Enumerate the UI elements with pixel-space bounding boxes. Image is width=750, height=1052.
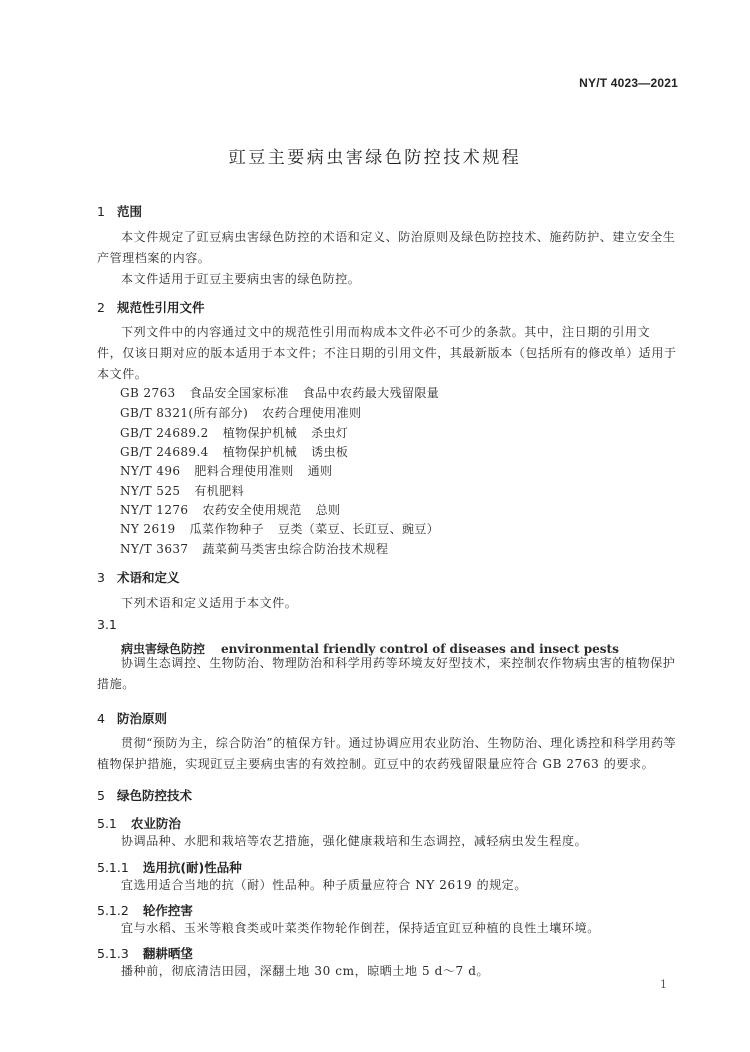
section-number: 5 xyxy=(97,788,117,803)
section-title: 选用抗(耐)性品种 xyxy=(143,860,242,875)
reference-item: GB/T 24689.2植物保护机械杀虫灯 xyxy=(120,424,348,441)
paragraph-line: 协调生态调控、生物防治、物理防治和科学用药等环境友好型技术，来控制农作物病虫害的… xyxy=(121,656,675,670)
document-title: 豇豆主要病虫害绿色防控技术规程 xyxy=(0,143,750,168)
section-title: 防治原则 xyxy=(117,711,167,726)
reference-part: 总则 xyxy=(316,503,341,517)
reference-part: 豆类（菜豆、长豇豆、豌豆） xyxy=(278,522,439,536)
reference-name: 植物保护机械 xyxy=(223,426,297,440)
section-number: 5.1 xyxy=(97,816,117,831)
section-number: 5.1.2 xyxy=(97,903,129,918)
reference-item: GB/T 8321(所有部分)农药合理使用准则 xyxy=(120,404,375,421)
reference-name: 植物保护机械 xyxy=(223,445,297,459)
section-5-1-2-heading: 5.1.2轮作控害 xyxy=(97,901,193,919)
reference-code: NY/T 496 xyxy=(120,464,180,478)
reference-part: 诱虫板 xyxy=(311,445,348,459)
reference-code: GB/T 24689.2 xyxy=(120,426,209,440)
section-5-1-3-paragraph: 播种前，彻底清洁田园，深翻土地 30 cm，晾晒土地 5 d～7 d。 xyxy=(97,961,679,982)
section-title: 绿色防控技术 xyxy=(117,788,192,803)
section-title: 范围 xyxy=(117,204,142,219)
paragraph-line: 贯彻“预防为主，综合防治”的植保方针。通过协调应用农业防治、生物防治、理化诱控和… xyxy=(121,736,676,750)
reference-name: 蔬菜蓟马类害虫综合防治技术规程 xyxy=(202,542,388,556)
reference-name: 食品安全国家标准 xyxy=(190,386,289,400)
section-5-1-1-heading: 5.1.1选用抗(耐)性品种 xyxy=(97,858,242,876)
section-title: 翻耕晒垡 xyxy=(143,946,193,961)
section-number: 5.1.3 xyxy=(97,946,129,961)
reference-item: GB 2763食品安全国家标准食品中农药最大残留限量 xyxy=(120,384,439,401)
section-number: 3 xyxy=(97,570,117,585)
reference-name: 有机肥料 xyxy=(194,484,244,498)
reference-item: NY/T 496肥料合理使用准则通则 xyxy=(120,462,332,479)
standard-code: NY/T 4023—2021 xyxy=(579,76,678,90)
reference-item: NY/T 1276农药安全使用规范总则 xyxy=(120,501,340,518)
section-title: 规范性引用文件 xyxy=(117,300,205,315)
section-3-1-number: 3.1 xyxy=(97,617,131,632)
section-number: 2 xyxy=(97,300,117,315)
reference-part: 通则 xyxy=(308,464,333,478)
section-number: 4 xyxy=(97,711,117,726)
paragraph-line: 协调品种、水肥和栽培等农艺措施，强化健康栽培和生态调控，减轻病虫发生程度。 xyxy=(121,834,587,848)
section-title: 农业防治 xyxy=(131,816,181,831)
section-1-paragraph-2: 本文件适用于豇豆主要病虫害的绿色防控。 xyxy=(97,269,679,290)
reference-item: NY/T 3637蔬菜蓟马类害虫综合防治技术规程 xyxy=(120,540,402,557)
section-5-1-paragraph: 协调品种、水肥和栽培等农艺措施，强化健康栽培和生态调控，减轻病虫发生程度。 xyxy=(97,831,679,852)
section-5-1-3-heading: 5.1.3翻耕晒垡 xyxy=(97,944,193,962)
paragraph-line: 宜与水稻、玉米等粮食类或叶菜类作物轮作倒茬，保持适宜豇豆种植的良性土壤环境。 xyxy=(121,921,600,935)
section-title: 术语和定义 xyxy=(117,570,180,585)
page-number: 1 xyxy=(660,978,667,991)
reference-part: 杀虫灯 xyxy=(311,426,348,440)
reference-code: NY/T 1276 xyxy=(120,503,188,517)
section-number: 5.1.1 xyxy=(97,860,129,875)
reference-name: 瓜菜作物种子 xyxy=(190,522,264,536)
section-1-heading: 1范围 xyxy=(97,202,142,220)
section-2-heading: 2规范性引用文件 xyxy=(97,298,205,316)
paragraph-line: 本文件。 xyxy=(97,364,679,385)
reference-code: NY/T 3637 xyxy=(120,542,188,556)
reference-code: GB 2763 xyxy=(120,386,176,400)
paragraph-line: 下列文件中的内容通过文中的规范性引用而构成本文件必不可少的条款。其中，注日期的引… xyxy=(121,325,650,339)
section-2-paragraph-1: 下列文件中的内容通过文中的规范性引用而构成本文件必不可少的条款。其中，注日期的引… xyxy=(97,322,679,385)
term-definition: 协调生态调控、生物防治、物理防治和科学用药等环境友好型技术，来控制农作物病虫害的… xyxy=(97,653,679,695)
paragraph-line: 本文件适用于豇豆主要病虫害的绿色防控。 xyxy=(121,272,360,286)
reference-name: 肥料合理使用准则 xyxy=(194,464,293,478)
paragraph-line: 下列术语和定义适用于本文件。 xyxy=(121,596,297,610)
section-5-1-heading: 5.1农业防治 xyxy=(97,814,181,832)
section-3-heading: 3术语和定义 xyxy=(97,568,180,586)
section-4-paragraph-1: 贯彻“预防为主，综合防治”的植保方针。通过协调应用农业防治、生物防治、理化诱控和… xyxy=(97,733,679,775)
reference-part: 食品中农药最大残留限量 xyxy=(303,386,439,400)
section-5-1-1-paragraph: 宜选用适合当地的抗（耐）性品种。种子质量应符合 NY 2619 的规定。 xyxy=(97,875,679,896)
paragraph-line: 播种前，彻底清洁田园，深翻土地 30 cm，晾晒土地 5 d～7 d。 xyxy=(121,964,489,978)
reference-code: NY/T 525 xyxy=(120,484,180,498)
reference-name: 农药合理使用准则 xyxy=(262,406,361,420)
section-number: 1 xyxy=(97,204,117,219)
reference-code: GB/T 8321(所有部分) xyxy=(120,404,248,421)
reference-code: GB/T 24689.4 xyxy=(120,445,209,459)
section-5-heading: 5绿色防控技术 xyxy=(97,786,192,804)
section-5-1-2-paragraph: 宜与水稻、玉米等粮食类或叶菜类作物轮作倒茬，保持适宜豇豆种植的良性土壤环境。 xyxy=(97,918,679,939)
paragraph-line: 植物保护措施，实现豇豆主要病虫害的有效控制。豇豆中的农药残留限量应符合 GB 2… xyxy=(97,754,679,775)
section-1-paragraph-1: 本文件规定了豇豆病虫害绿色防控的术语和定义、防治原则及绿色防控技术、施药防护、建… xyxy=(97,227,679,269)
section-title: 轮作控害 xyxy=(143,903,193,918)
section-number: 3.1 xyxy=(97,617,117,632)
reference-name: 农药安全使用规范 xyxy=(202,503,301,517)
reference-item: GB/T 24689.4植物保护机械诱虫板 xyxy=(120,443,348,460)
paragraph-line: 产管理档案的内容。 xyxy=(97,248,679,269)
section-4-heading: 4防治原则 xyxy=(97,709,167,727)
paragraph-line: 本文件规定了豇豆病虫害绿色防控的术语和定义、防治原则及绿色防控技术、施药防护、建… xyxy=(121,230,675,244)
section-3-paragraph-1: 下列术语和定义适用于本文件。 xyxy=(97,593,679,614)
paragraph-line: 措施。 xyxy=(97,674,679,695)
reference-code: NY 2619 xyxy=(120,522,176,536)
paragraph-line: 件，仅该日期对应的版本适用于本文件；不注日期的引用文件，其最新版本（包括所有的修… xyxy=(97,343,679,364)
reference-item: NY/T 525有机肥料 xyxy=(120,482,258,499)
reference-item: NY 2619瓜菜作物种子豆类（菜豆、长豇豆、豌豆） xyxy=(120,520,439,537)
paragraph-line: 宜选用适合当地的抗（耐）性品种。种子质量应符合 NY 2619 的规定。 xyxy=(121,878,527,892)
